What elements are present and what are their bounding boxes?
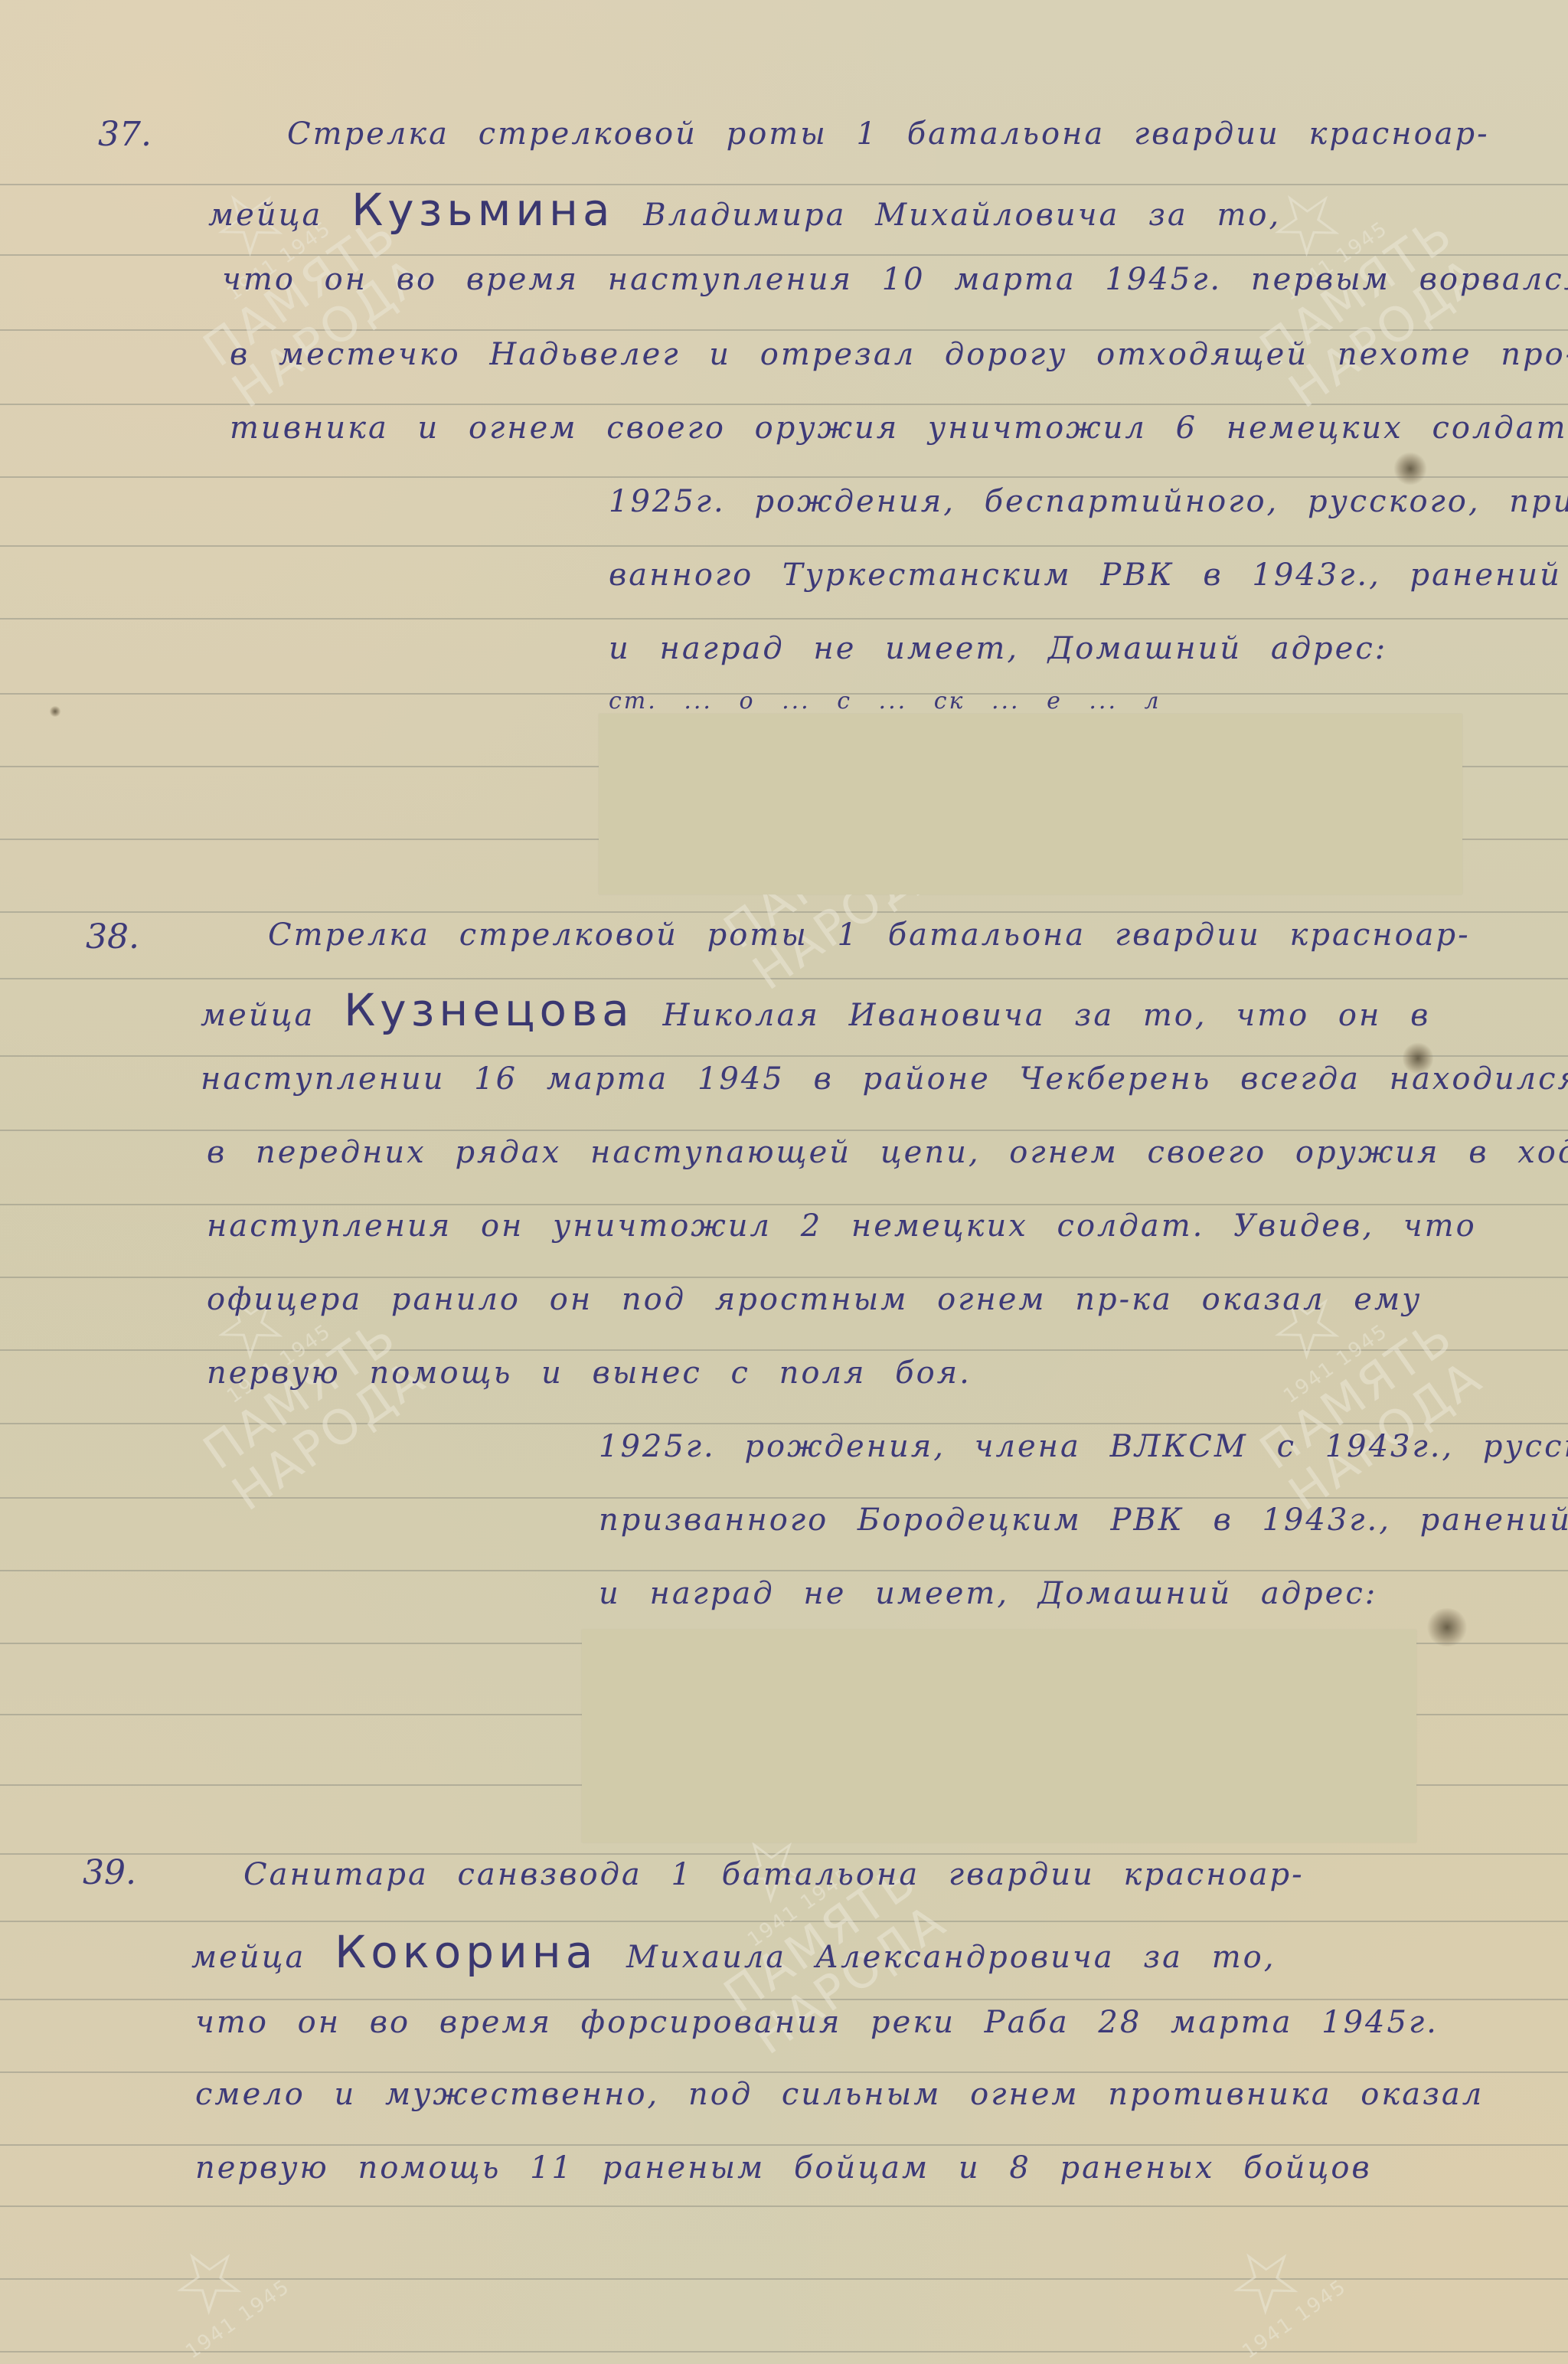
entry-text-line: мейца Кокорина Михаила Александровича за…: [191, 1926, 1276, 1978]
soldier-name: Владимира Михайловича за то,: [643, 198, 1281, 233]
entry-text-line: офицера ранило он под яростным огнем пр-…: [207, 1282, 1422, 1317]
ruled-line: [0, 2351, 1568, 2353]
ruled-line: [0, 1055, 1568, 1057]
entry-text-line: первую помощь и вынес с поля боя.: [207, 1355, 972, 1391]
ruled-line: [0, 545, 1568, 547]
ruled-line: [0, 2071, 1568, 2073]
ruled-line: [0, 2278, 1568, 2280]
entry-text-line: тивника и огнем своего оружия уничтожил …: [230, 410, 1568, 446]
soldier-surname: Кокорина: [335, 1926, 597, 1978]
entry-details-line: и наград не имеет, Домашний адрес:: [599, 1576, 1377, 1611]
entry-text-line: смело и мужественно, под сильным огнем п…: [195, 2077, 1484, 2112]
ruled-line: [0, 1497, 1568, 1499]
ruled-line: [0, 329, 1568, 331]
ruled-line: [0, 254, 1568, 256]
ruled-line: [0, 2205, 1568, 2207]
entry-details-line: 1925г. рождения, члена ВЛКСМ с 1943г., р…: [599, 1429, 1568, 1464]
entry-details-line: ванного Туркестанским РВК в 1943г., ране…: [609, 557, 1562, 593]
entry-text-line: Стрелка стрелковой роты 1 батальона гвар…: [287, 116, 1490, 152]
entry-text-line: первую помощь 11 раненым бойцам и 8 ране…: [195, 2150, 1372, 2186]
ruled-line: [0, 1423, 1568, 1424]
entry-details-line: и наград не имеет, Домашний адрес:: [609, 631, 1387, 666]
ruled-line: [0, 1570, 1568, 1571]
soldier-name: Николая Ивановича за то, что он в: [662, 998, 1430, 1033]
entry-number: 38.: [86, 917, 139, 956]
entry-text-line: в передних рядах наступающей цепи, огнем…: [207, 1135, 1568, 1170]
redacted-address: [599, 714, 1462, 894]
ruled-line: [0, 1277, 1568, 1278]
ruled-line: [0, 404, 1568, 405]
ruled-line: [0, 2144, 1568, 2146]
soldier-surname: Кузьмина: [351, 184, 614, 236]
ruled-line: [0, 911, 1568, 913]
ruled-line: [0, 1204, 1568, 1205]
entry-text-line: мейца Кузьмина Владимира Михайловича за …: [208, 184, 1281, 236]
entry-number: 39.: [83, 1853, 136, 1892]
soldier-surname: Кузнецова: [344, 984, 634, 1036]
redacted-address: [582, 1630, 1416, 1842]
ruled-line: [0, 978, 1568, 979]
entry-text-line: в местечко Надьвелег и отрезал дорогу от…: [230, 337, 1568, 372]
rank-suffix: мейца: [191, 1940, 305, 1975]
entry-text-line: что он во время форсирования реки Раба 2…: [195, 2005, 1439, 2040]
entry-text-line: Санитара санвзвода 1 батальона гвардии к…: [243, 1857, 1305, 1892]
ruled-line: [0, 618, 1568, 620]
entry-text-line: Стрелка стрелковой роты 1 батальона гвар…: [268, 917, 1471, 953]
rank-suffix: мейца: [201, 998, 315, 1033]
ruled-line: [0, 1130, 1568, 1131]
paper-stain: [1426, 1608, 1468, 1646]
entry-number: 37.: [98, 115, 152, 154]
rank-suffix: мейца: [208, 198, 322, 233]
paper-stain: [49, 706, 61, 717]
soldier-name: Михаила Александровича за то,: [626, 1940, 1276, 1975]
entry-details-line: 1925г. рождения, беспартийного, русского…: [609, 484, 1568, 519]
entry-text-line: мейца Кузнецова Николая Ивановича за то,…: [201, 984, 1430, 1036]
ruled-line: [0, 1853, 1568, 1855]
address-fragment: ст. ... о ... с ... ск ... е ... л: [609, 688, 1161, 714]
entry-text-line: наступлении 16 марта 1945 в районе Чекбе…: [201, 1061, 1568, 1097]
paper-stain: [1403, 1041, 1433, 1075]
ruled-line: [0, 476, 1568, 478]
entry-text-line: наступления он уничтожил 2 немецких солд…: [207, 1208, 1477, 1244]
paper-stain: [1393, 452, 1427, 486]
entry-details-line: призванного Бородецким РВК в 1943г., ран…: [599, 1502, 1568, 1538]
ruled-line: [0, 1999, 1568, 2000]
ruled-line: [0, 1349, 1568, 1351]
ruled-line: [0, 1921, 1568, 1922]
entry-text-line: что он во время наступления 10 марта 194…: [222, 262, 1568, 297]
